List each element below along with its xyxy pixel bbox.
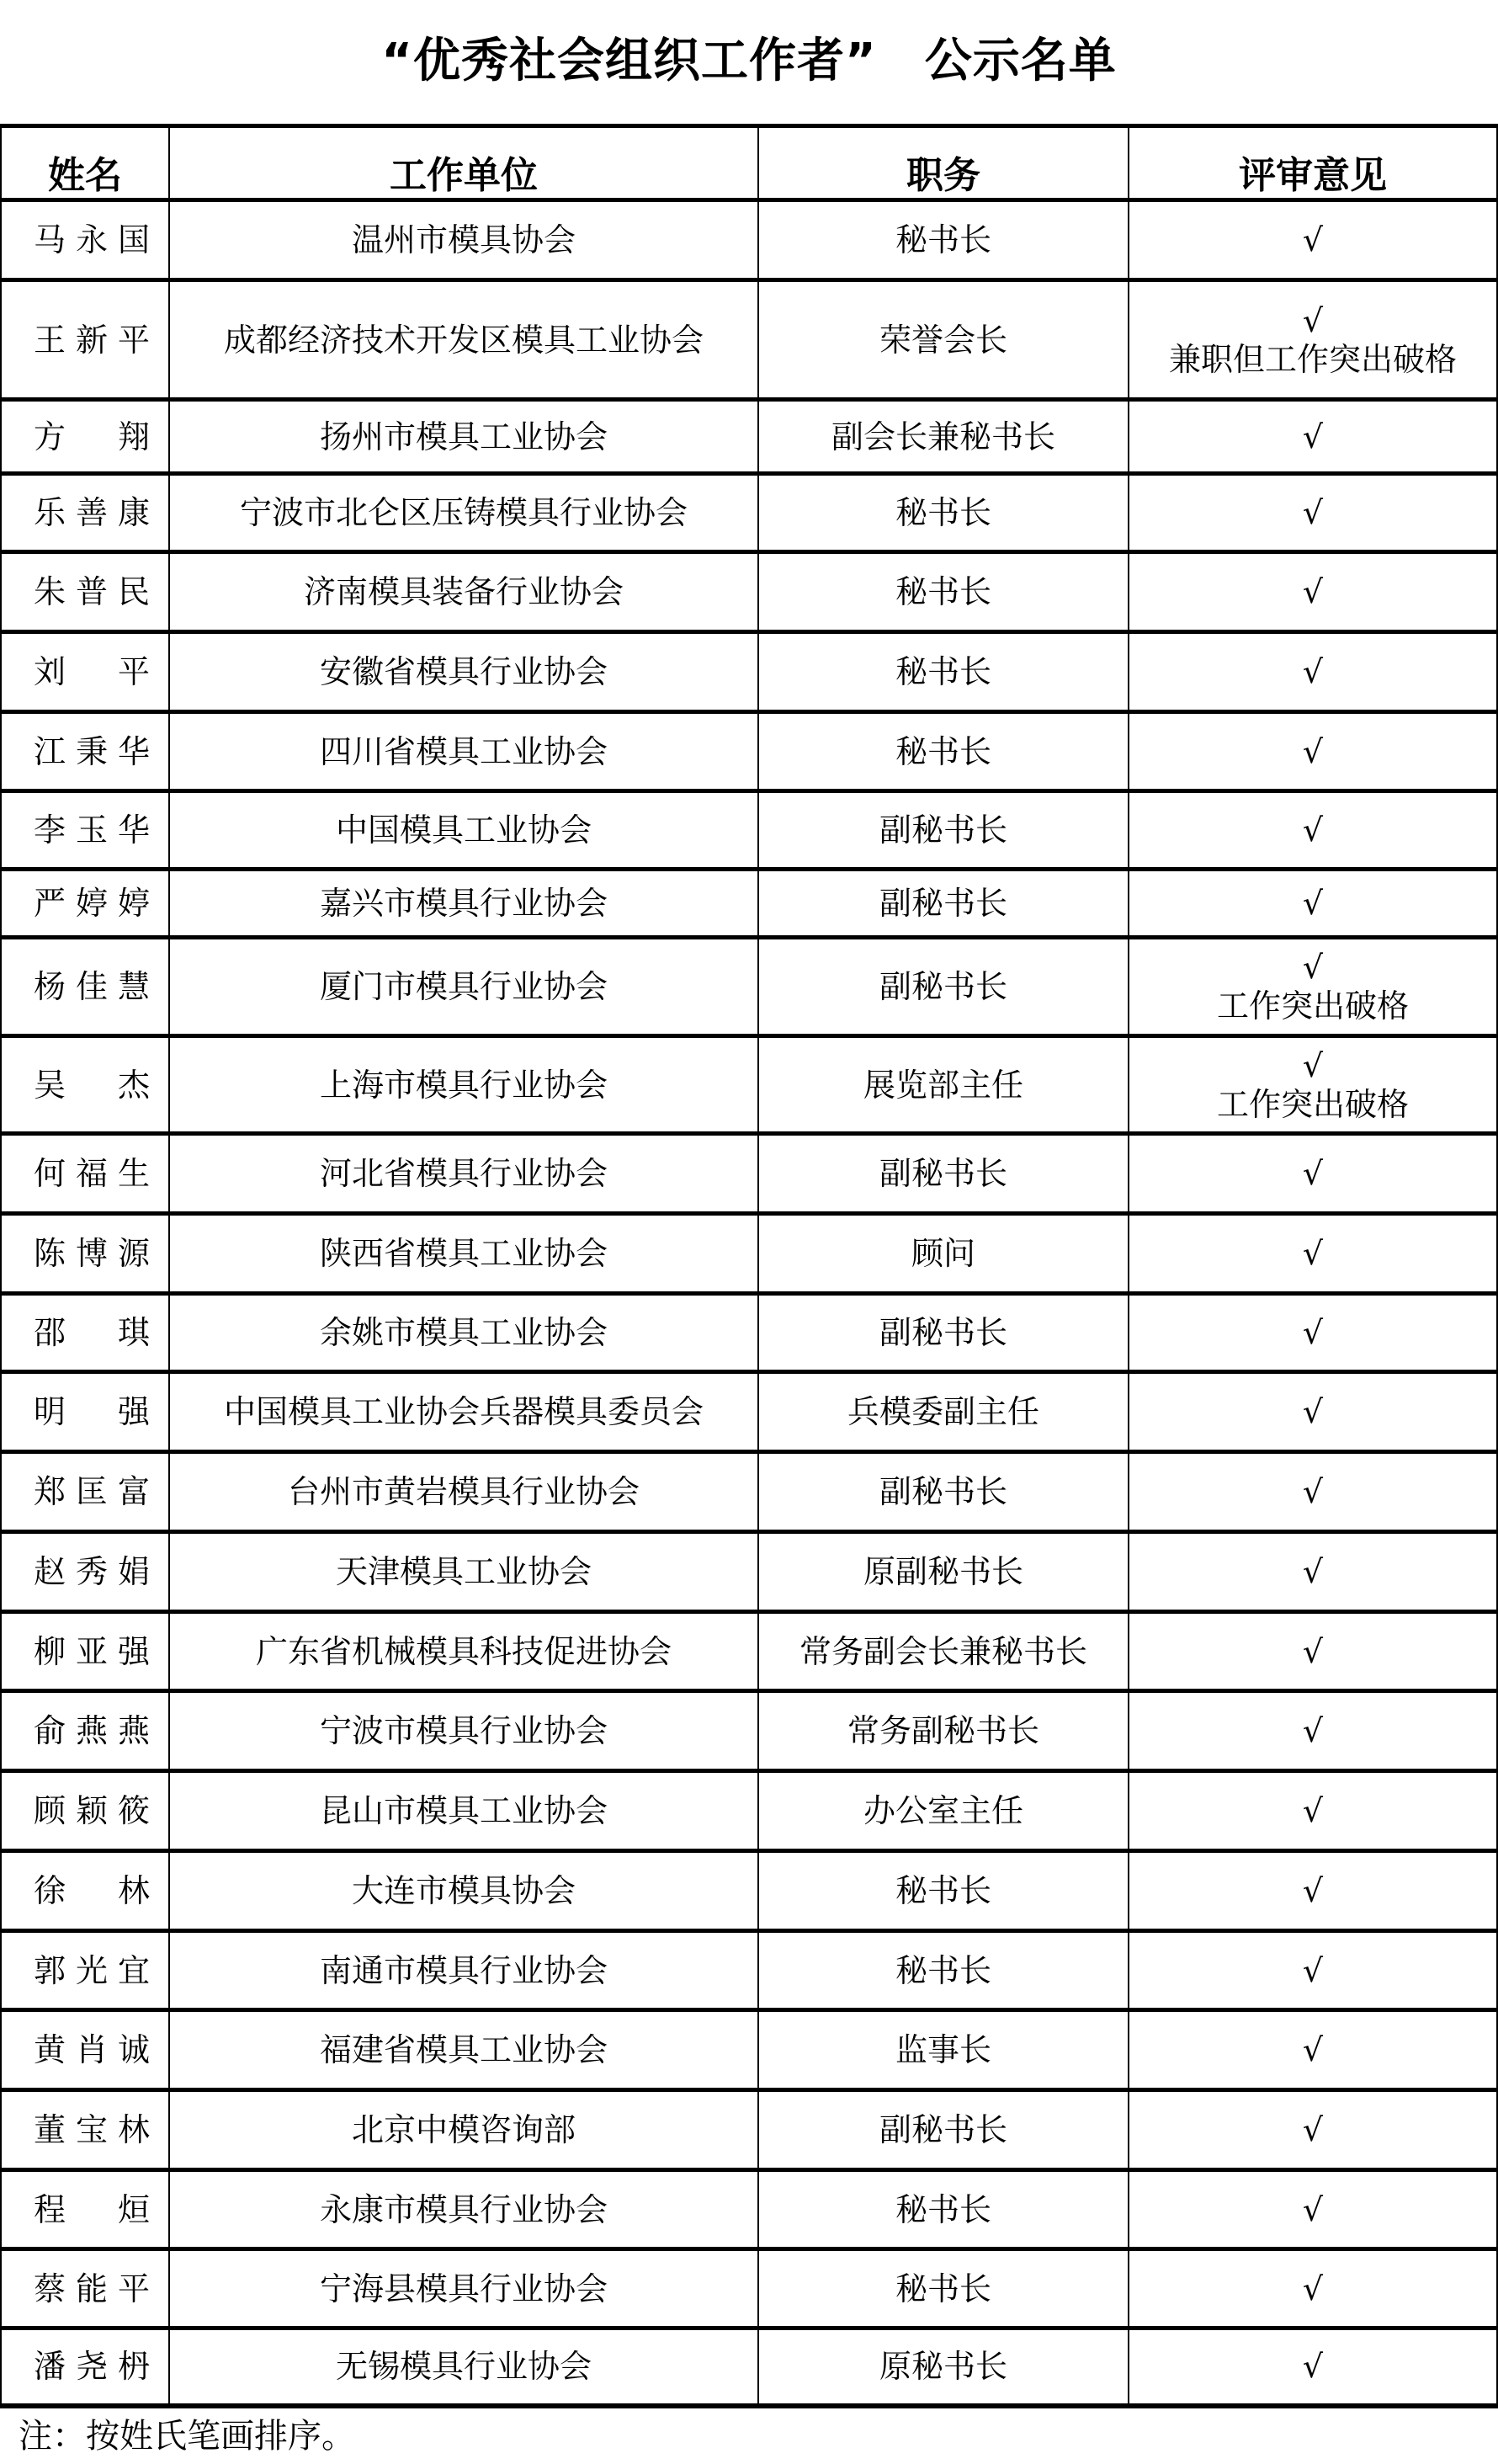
- table-row: 潘尧枬无锡模具行业协会原秘书长√: [1, 2328, 1497, 2406]
- cell-opinion: √: [1129, 870, 1497, 938]
- opinion-note: 工作突出破格: [1129, 1085, 1496, 1124]
- header-unit: 工作单位: [169, 126, 758, 200]
- cell-unit: 宁海县模具行业协会: [169, 2249, 758, 2328]
- checkmark-icon: √: [1129, 2190, 1496, 2229]
- checkmark-icon: √: [1129, 221, 1496, 259]
- cell-unit: 厦门市模具行业协会: [169, 938, 758, 1036]
- checkmark-icon: √: [1129, 1711, 1496, 1750]
- cell-opinion: √: [1129, 1214, 1497, 1294]
- cell-unit: 台州市黄岩模具行业协会: [169, 1452, 758, 1532]
- header-name: 姓名: [1, 126, 169, 200]
- person-name: 董宝林: [34, 2110, 150, 2149]
- cell-opinion: √兼职但工作突出破格: [1129, 280, 1497, 400]
- checkmark-icon: √: [1129, 572, 1496, 611]
- cell-position: 副秘书长: [758, 938, 1129, 1036]
- person-name: 顾颖筱: [34, 1791, 150, 1830]
- cell-position: 副秘书长: [758, 1452, 1129, 1532]
- opinion-note: 兼职但工作突出破格: [1129, 340, 1496, 379]
- cell-position: 办公室主任: [758, 1771, 1129, 1851]
- cell-unit: 天津模具工业协会: [169, 1532, 758, 1612]
- checkmark-icon: √: [1129, 301, 1496, 340]
- cell-opinion: √: [1129, 474, 1497, 552]
- table-header-row: 姓名 工作单位 职务 评审意见: [1, 126, 1497, 200]
- page-title: “优秀社会组织工作者” 公示名单: [0, 24, 1498, 91]
- cell-opinion: √: [1129, 1532, 1497, 1612]
- cell-opinion: √: [1129, 552, 1497, 632]
- person-name: 郑匡富: [34, 1472, 150, 1511]
- cell-opinion: √: [1129, 2010, 1497, 2090]
- cell-name: 李玉华: [1, 791, 169, 870]
- cell-name: 徐 林: [1, 1851, 169, 1931]
- person-name: 王新平: [34, 321, 150, 359]
- table-row: 董宝林北京中模咨询部副秘书长√: [1, 2090, 1497, 2170]
- cell-unit: 宁波市北仑区压铸模具行业协会: [169, 474, 758, 552]
- cell-name: 董宝林: [1, 2090, 169, 2170]
- cell-unit: 河北省模具行业协会: [169, 1134, 758, 1214]
- checkmark-icon: √: [1129, 2030, 1496, 2069]
- table-row: 何福生河北省模具行业协会副秘书长√: [1, 1134, 1497, 1214]
- cell-opinion: √: [1129, 632, 1497, 712]
- checkmark-icon: √: [1129, 1871, 1496, 1910]
- cell-opinion: √: [1129, 2328, 1497, 2406]
- person-name: 潘尧枬: [34, 2347, 150, 2386]
- cell-position: 秘书长: [758, 632, 1129, 712]
- cell-name: 王新平: [1, 280, 169, 400]
- cell-unit: 陕西省模具工业协会: [169, 1214, 758, 1294]
- cell-opinion: √: [1129, 1134, 1497, 1214]
- person-name: 程 烜: [34, 2190, 150, 2229]
- table-row: 黄肖诚福建省模具工业协会监事长√: [1, 2010, 1497, 2090]
- cell-name: 赵秀娟: [1, 1532, 169, 1612]
- cell-name: 严婷婷: [1, 870, 169, 938]
- cell-unit: 福建省模具工业协会: [169, 2010, 758, 2090]
- cell-opinion: √: [1129, 1931, 1497, 2010]
- checkmark-icon: √: [1129, 1552, 1496, 1591]
- header-position: 职务: [758, 126, 1129, 200]
- cell-position: 副秘书长: [758, 2090, 1129, 2170]
- cell-unit: 温州市模具协会: [169, 200, 758, 280]
- checkmark-icon: √: [1129, 418, 1496, 456]
- cell-opinion: √: [1129, 712, 1497, 791]
- person-name: 赵秀娟: [34, 1552, 150, 1591]
- cell-unit: 南通市模具行业协会: [169, 1931, 758, 2010]
- checkmark-icon: √: [1129, 1791, 1496, 1830]
- cell-position: 秘书长: [758, 2170, 1129, 2249]
- checkmark-icon: √: [1129, 811, 1496, 849]
- cell-position: 常务副会长兼秘书长: [758, 1612, 1129, 1691]
- cell-opinion: √: [1129, 791, 1497, 870]
- person-name: 乐善康: [34, 493, 150, 532]
- checkmark-icon: √: [1129, 2270, 1496, 2308]
- cell-unit: 北京中模咨询部: [169, 2090, 758, 2170]
- cell-position: 秘书长: [758, 1851, 1129, 1931]
- person-name: 马永国: [34, 221, 150, 259]
- table-row: 程 烜永康市模具行业协会秘书长√: [1, 2170, 1497, 2249]
- table-row: 王新平成都经济技术开发区模具工业协会荣誉会长√兼职但工作突出破格: [1, 280, 1497, 400]
- checkmark-icon: √: [1129, 1632, 1496, 1671]
- checkmark-icon: √: [1129, 493, 1496, 532]
- cell-opinion: √: [1129, 400, 1497, 474]
- cell-opinion: √: [1129, 1691, 1497, 1771]
- footnote: 注：按姓氏笔画排序。: [19, 2409, 355, 2457]
- table-row: 徐 林大连市模具协会秘书长√: [1, 1851, 1497, 1931]
- person-name: 刘 平: [34, 652, 150, 691]
- cell-name: 程 烜: [1, 2170, 169, 2249]
- cell-position: 荣誉会长: [758, 280, 1129, 400]
- cell-name: 蔡能平: [1, 2249, 169, 2328]
- nominee-table: 姓名 工作单位 职务 评审意见 马永国温州市模具协会秘书长√王新平成都经济技术开…: [0, 124, 1498, 2408]
- cell-position: 副秘书长: [758, 870, 1129, 938]
- checkmark-icon: √: [1129, 1234, 1496, 1273]
- person-name: 江秉华: [34, 732, 150, 771]
- cell-unit: 无锡模具行业协会: [169, 2328, 758, 2406]
- cell-unit: 昆山市模具工业协会: [169, 1771, 758, 1851]
- cell-name: 邵 琪: [1, 1294, 169, 1372]
- cell-name: 刘 平: [1, 632, 169, 712]
- person-name: 明 强: [34, 1392, 150, 1431]
- cell-opinion: √: [1129, 1294, 1497, 1372]
- cell-opinion: √: [1129, 1771, 1497, 1851]
- person-name: 徐 林: [34, 1871, 150, 1910]
- cell-position: 原副秘书长: [758, 1532, 1129, 1612]
- table-row: 明 强中国模具工业协会兵器模具委员会兵模委副主任√: [1, 1372, 1497, 1452]
- cell-opinion: √: [1129, 2090, 1497, 2170]
- person-name: 朱普民: [34, 572, 150, 611]
- cell-name: 郭光宜: [1, 1931, 169, 2010]
- cell-opinion: √工作突出破格: [1129, 938, 1497, 1036]
- cell-position: 顾问: [758, 1214, 1129, 1294]
- cell-unit: 成都经济技术开发区模具工业协会: [169, 280, 758, 400]
- cell-opinion: √: [1129, 1851, 1497, 1931]
- cell-unit: 宁波市模具行业协会: [169, 1691, 758, 1771]
- cell-unit: 中国模具工业协会兵器模具委员会: [169, 1372, 758, 1452]
- cell-name: 柳亚强: [1, 1612, 169, 1691]
- cell-name: 乐善康: [1, 474, 169, 552]
- cell-position: 秘书长: [758, 2249, 1129, 2328]
- cell-position: 秘书长: [758, 712, 1129, 791]
- table-row: 郭光宜南通市模具行业协会秘书长√: [1, 1931, 1497, 2010]
- cell-position: 副秘书长: [758, 1294, 1129, 1372]
- table-row: 江秉华四川省模具工业协会秘书长√: [1, 712, 1497, 791]
- table-row: 吴 杰上海市模具行业协会展览部主任√工作突出破格: [1, 1036, 1497, 1134]
- cell-unit: 嘉兴市模具行业协会: [169, 870, 758, 938]
- cell-unit: 大连市模具协会: [169, 1851, 758, 1931]
- cell-position: 兵模委副主任: [758, 1372, 1129, 1452]
- table-row: 刘 平安徽省模具行业协会秘书长√: [1, 632, 1497, 712]
- cell-name: 江秉华: [1, 712, 169, 791]
- person-name: 何福生: [34, 1154, 150, 1193]
- checkmark-icon: √: [1129, 732, 1496, 771]
- cell-name: 陈博源: [1, 1214, 169, 1294]
- table-row: 方 翔扬州市模具工业协会副会长兼秘书长√: [1, 400, 1497, 474]
- table-row: 赵秀娟天津模具工业协会原副秘书长√: [1, 1532, 1497, 1612]
- cell-name: 顾颖筱: [1, 1771, 169, 1851]
- cell-opinion: √: [1129, 1452, 1497, 1532]
- cell-unit: 济南模具装备行业协会: [169, 552, 758, 632]
- table-row: 朱普民济南模具装备行业协会秘书长√: [1, 552, 1497, 632]
- checkmark-icon: √: [1129, 2110, 1496, 2149]
- person-name: 黄肖诚: [34, 2030, 150, 2069]
- person-name: 杨佳慧: [34, 967, 150, 1006]
- checkmark-icon: √: [1129, 1472, 1496, 1511]
- cell-position: 秘书长: [758, 200, 1129, 280]
- person-name: 柳亚强: [34, 1632, 150, 1671]
- cell-name: 郑匡富: [1, 1452, 169, 1532]
- checkmark-icon: √: [1129, 1313, 1496, 1352]
- cell-position: 秘书长: [758, 552, 1129, 632]
- checkmark-icon: √: [1129, 652, 1496, 691]
- cell-name: 明 强: [1, 1372, 169, 1452]
- cell-position: 副会长兼秘书长: [758, 400, 1129, 474]
- checkmark-icon: √: [1129, 2347, 1496, 2386]
- cell-position: 秘书长: [758, 474, 1129, 552]
- checkmark-icon: √: [1129, 1046, 1496, 1085]
- cell-name: 俞燕燕: [1, 1691, 169, 1771]
- checkmark-icon: √: [1129, 884, 1496, 923]
- cell-name: 何福生: [1, 1134, 169, 1214]
- cell-name: 朱普民: [1, 552, 169, 632]
- table-row: 邵 琪余姚市模具工业协会副秘书长√: [1, 1294, 1497, 1372]
- person-name: 邵 琪: [34, 1313, 150, 1352]
- checkmark-icon: √: [1129, 1951, 1496, 1990]
- person-name: 俞燕燕: [34, 1711, 150, 1750]
- checkmark-icon: √: [1129, 1392, 1496, 1431]
- cell-opinion: √: [1129, 1372, 1497, 1452]
- cell-position: 副秘书长: [758, 1134, 1129, 1214]
- cell-position: 原秘书长: [758, 2328, 1129, 2406]
- person-name: 郭光宜: [34, 1951, 150, 1990]
- cell-name: 吴 杰: [1, 1036, 169, 1134]
- table-row: 郑匡富台州市黄岩模具行业协会副秘书长√: [1, 1452, 1497, 1532]
- cell-unit: 扬州市模具工业协会: [169, 400, 758, 474]
- person-name: 方 翔: [34, 418, 150, 456]
- cell-name: 方 翔: [1, 400, 169, 474]
- checkmark-icon: √: [1129, 948, 1496, 987]
- cell-unit: 广东省机械模具科技促进协会: [169, 1612, 758, 1691]
- cell-unit: 四川省模具工业协会: [169, 712, 758, 791]
- cell-position: 展览部主任: [758, 1036, 1129, 1134]
- table-row: 严婷婷嘉兴市模具行业协会副秘书长√: [1, 870, 1497, 938]
- cell-position: 秘书长: [758, 1931, 1129, 2010]
- cell-position: 常务副秘书长: [758, 1691, 1129, 1771]
- header-opinion: 评审意见: [1129, 126, 1497, 200]
- table-row: 李玉华中国模具工业协会副秘书长√: [1, 791, 1497, 870]
- cell-unit: 永康市模具行业协会: [169, 2170, 758, 2249]
- cell-opinion: √: [1129, 1612, 1497, 1691]
- cell-name: 潘尧枬: [1, 2328, 169, 2406]
- table-row: 杨佳慧厦门市模具行业协会副秘书长√工作突出破格: [1, 938, 1497, 1036]
- table-row: 乐善康宁波市北仑区压铸模具行业协会秘书长√: [1, 474, 1497, 552]
- cell-unit: 余姚市模具工业协会: [169, 1294, 758, 1372]
- cell-opinion: √: [1129, 2170, 1497, 2249]
- person-name: 吴 杰: [34, 1066, 150, 1104]
- cell-position: 副秘书长: [758, 791, 1129, 870]
- person-name: 陈博源: [34, 1234, 150, 1273]
- person-name: 李玉华: [34, 811, 150, 849]
- person-name: 严婷婷: [34, 884, 150, 923]
- cell-unit: 安徽省模具行业协会: [169, 632, 758, 712]
- checkmark-icon: √: [1129, 1154, 1496, 1193]
- cell-name: 马永国: [1, 200, 169, 280]
- cell-opinion: √: [1129, 200, 1497, 280]
- cell-unit: 上海市模具行业协会: [169, 1036, 758, 1134]
- cell-opinion: √: [1129, 2249, 1497, 2328]
- table-row: 顾颖筱昆山市模具工业协会办公室主任√: [1, 1771, 1497, 1851]
- cell-position: 监事长: [758, 2010, 1129, 2090]
- table-row: 陈博源陕西省模具工业协会顾问√: [1, 1214, 1497, 1294]
- cell-opinion: √工作突出破格: [1129, 1036, 1497, 1134]
- cell-unit: 中国模具工业协会: [169, 791, 758, 870]
- opinion-note: 工作突出破格: [1129, 987, 1496, 1025]
- cell-name: 黄肖诚: [1, 2010, 169, 2090]
- table-row: 马永国温州市模具协会秘书长√: [1, 200, 1497, 280]
- cell-name: 杨佳慧: [1, 938, 169, 1036]
- table-row: 柳亚强广东省机械模具科技促进协会常务副会长兼秘书长√: [1, 1612, 1497, 1691]
- person-name: 蔡能平: [34, 2270, 150, 2308]
- table-row: 俞燕燕宁波市模具行业协会常务副秘书长√: [1, 1691, 1497, 1771]
- table-row: 蔡能平宁海县模具行业协会秘书长√: [1, 2249, 1497, 2328]
